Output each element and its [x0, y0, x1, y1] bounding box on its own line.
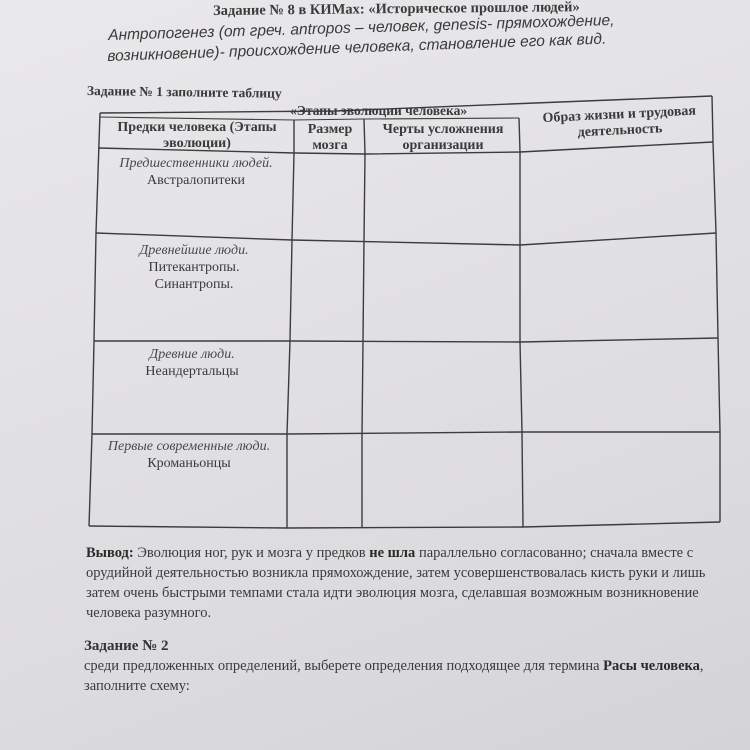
column-header-line: организации [366, 138, 520, 154]
table-row-stage-cell: Древние люди. Неандертальцы [96, 346, 288, 380]
task2-title: Задание № 2 [84, 638, 169, 655]
table-row-stage-cell: Первые современные люди. Кроманьонцы [92, 438, 286, 472]
species-name: Австралопитеки [100, 172, 292, 189]
species-name: Питекантропы. [98, 259, 290, 276]
table-row-stage-cell: Древнейшие люди. Питекантропы. Синантроп… [98, 242, 290, 293]
species-name: Кроманьонцы [92, 455, 286, 472]
stage-label: Древнейшие люди. [98, 242, 290, 259]
table-row-stage-cell: Предшественники людей. Австралопитеки [100, 155, 292, 189]
column-header-features: Черты усложнения организации [366, 122, 520, 154]
task2-instructions: среди предложенных определений, выберете… [84, 656, 744, 696]
species-name: Неандертальцы [96, 363, 288, 380]
conclusion-paragraph: Вывод: Эволюция ног, рук и мозга у предк… [86, 543, 736, 623]
column-header-line: Размер [296, 122, 364, 138]
task2-text: среди предложенных определений, выберете… [84, 658, 603, 674]
column-header-ancestors: Предки человека (Этапы эволюции) [102, 120, 292, 152]
conclusion-text: Эволюция ног, рук и мозга у предков [134, 545, 370, 561]
stage-label: Первые современные люди. [92, 438, 286, 455]
stage-label: Предшественники людей. [100, 155, 292, 172]
column-header-line: эволюции) [102, 136, 292, 152]
task2-term: Расы человека [603, 658, 700, 674]
species-name: Синантропы. [98, 276, 290, 293]
conclusion-emphasis: не шла [369, 545, 415, 561]
column-header-brain-size: Размер мозга [296, 122, 364, 154]
table-caption: «Этапы эволюции человека» [290, 103, 467, 119]
column-header-line: мозга [296, 138, 364, 154]
conclusion-label: Вывод: [86, 545, 134, 561]
stage-label: Древние люди. [96, 346, 288, 363]
column-header-line: Предки человека (Этапы [102, 120, 292, 136]
column-header-line: Черты усложнения [366, 122, 520, 138]
